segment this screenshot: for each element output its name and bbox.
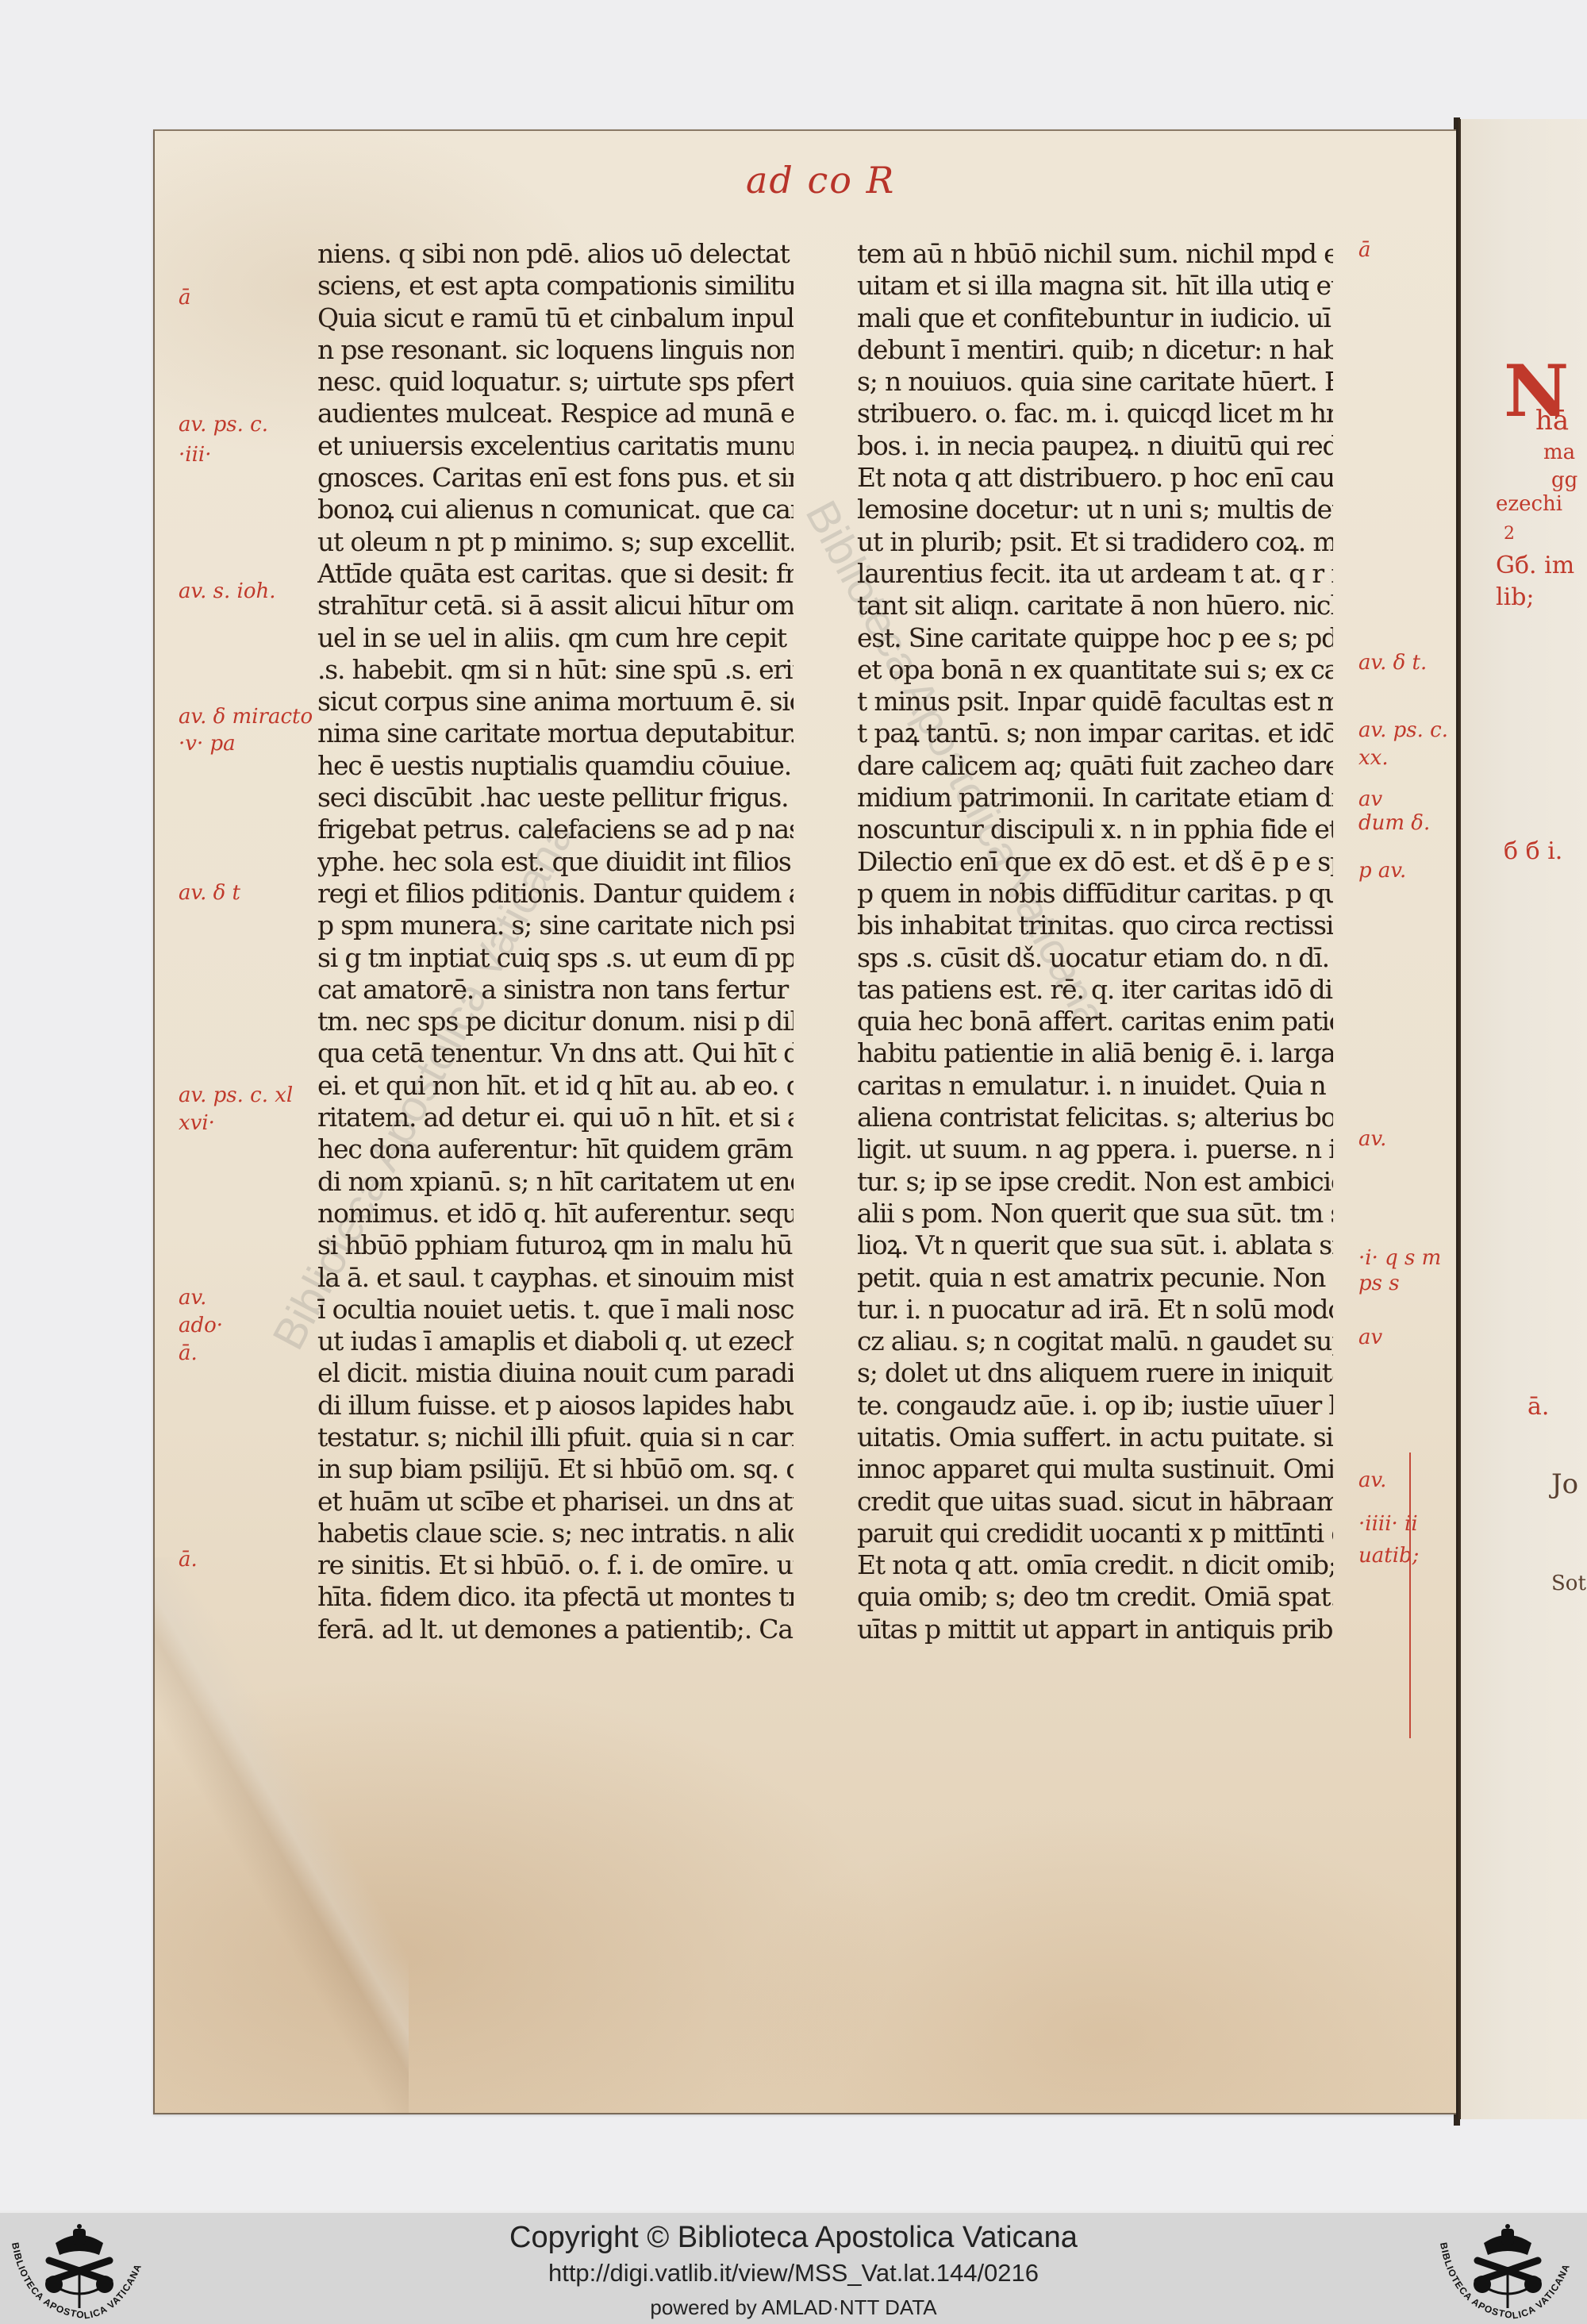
margin-note: ā — [1358, 238, 1371, 262]
copyright-text: Copyright © Biblioteca Apostolica Vatica… — [0, 2221, 1587, 2255]
image-viewport: N hā ma gg ezechi 2 Gб. im lib; б б i. ā… — [0, 0, 1587, 2210]
margin-note: av — [1358, 787, 1382, 811]
text-line: tur. s; ip se ipse credit. Non est ambic… — [857, 1166, 1333, 1198]
vatican-library-logo-left: BIBLIOTECA APOSTOLICA VATICANA — [0, 2219, 159, 2322]
text-line: strahītur cetā. si ā assit alicui hītur … — [317, 590, 793, 621]
margin-note: av. — [179, 1286, 206, 1310]
text-line: paruit qui credidit uocanti x p mittīnti… — [857, 1518, 1333, 1549]
text-line: ut in plurib; psit. Et si tradidero coꝝ.… — [857, 526, 1333, 558]
text-line: uītas p mittit ut appart in antiquis pri… — [857, 1614, 1333, 1645]
margin-note: xx. — [1358, 746, 1389, 770]
text-line: caritas n emulatur. i. n inuidet. Quia n… — [857, 1070, 1333, 1102]
text-line: Dilectio enī que ex dō est. et dš ē p e … — [857, 846, 1333, 878]
text-line: stribuero. o. fac. m. i. quicqd licet m … — [857, 398, 1333, 429]
margin-note: av — [1358, 1326, 1382, 1349]
margin-note: av. δ t. — [1358, 651, 1427, 675]
margin-note: av. ps. c. — [1358, 718, 1448, 742]
text-line: bonoꝝ cui alienus n comunicat. que carit… — [317, 494, 793, 525]
text-line: cat amatorē. a sinistra non tans fertur … — [317, 974, 793, 1006]
text-line: nesc. quid loquatur. s; uirtute sps pfer… — [317, 366, 793, 398]
text-line: hīta. fidem dico. ita pfectā ut montes t… — [317, 1581, 793, 1613]
text-line: est. Sine caritate quippe hoc p ee s; pd… — [857, 622, 1333, 654]
text-line: Et nota q att. omīa credit. n dicit omib… — [857, 1549, 1333, 1581]
next-leaf-text: Sot — [1551, 1572, 1586, 1595]
text-line: testatur. s; nichil illi pfuit. quia si … — [317, 1422, 793, 1453]
text-line: tm. nec sps pe dicitur donum. nisi p dil… — [317, 1006, 793, 1037]
next-leaf-text: gg — [1551, 468, 1577, 492]
text-line: .s. habebit. qm si n hūt: sine spū .s. e… — [317, 654, 793, 686]
text-line: si g tm inptiat cuiq sps .s. ut eum dī p… — [317, 942, 793, 974]
text-line: Et nota q att distribuero. p hoc enī cau… — [857, 462, 1333, 494]
text-line: et opa bonā n ex quantitate sui s; ex ca… — [857, 654, 1333, 686]
text-line: habetis claue scie. s; nec intratis. n a… — [317, 1518, 793, 1549]
text-line: ut oleum n pt p minimo. s; sup excellit. — [317, 526, 793, 558]
text-column-left: niens. q sibi non pdē. alios uō delectat… — [317, 238, 793, 1645]
margin-note: p av. — [1358, 859, 1406, 883]
text-line: s; dolet ut dns aliquem ruere in iniquit… — [857, 1357, 1333, 1389]
margin-note: ·v· pa — [179, 732, 236, 756]
text-line: sps .s. cūsit dš. uocatur etiam do. n dī… — [857, 942, 1333, 974]
text-column-right: tem aū n hbūō nichil sum. nichil mpd est… — [857, 238, 1333, 1645]
next-leaf-text: б б i. — [1504, 837, 1562, 865]
text-line: bis inhabitat trinitas. quo circa rectis… — [857, 910, 1333, 941]
text-line: si hbūō pphiam futuroꝝ qm in malu hūert.… — [317, 1229, 793, 1261]
text-line: tem aū n hbūō nichil sum. nichil mpd est… — [857, 238, 1333, 270]
text-line: noscuntur discipuli x. n in pphia fide e… — [857, 814, 1333, 845]
next-leaf-text: Jo — [1551, 1468, 1578, 1500]
text-line: uitatis. Omia suffert. in actu puitate. … — [857, 1422, 1333, 1453]
text-line: et uniuersis excelentius caritatis munus… — [317, 430, 793, 462]
margin-note: av. — [1358, 1468, 1386, 1492]
papal-keys-icon: BIBLIOTECA APOSTOLICA VATICANA — [0, 2219, 159, 2322]
next-leaf-text: ā. — [1527, 1393, 1549, 1421]
margin-note: ·i· q s m — [1358, 1246, 1441, 1270]
text-line: aliena contristat felicitas. s; alterius… — [857, 1102, 1333, 1133]
text-line: p quem in nobis diffūditur caritas. p qu… — [857, 878, 1333, 910]
papal-keys-icon: BIBLIOTECA APOSTOLICA VATICANA — [1428, 2219, 1587, 2322]
text-line: lioꝝ. Vt n querit que sua sūt. i. ablata… — [857, 1229, 1333, 1261]
text-line: ī ocultia nouiet uetis. t. que ī mali no… — [317, 1294, 793, 1326]
text-line: yphe. hec sola est. que diuidit int fili… — [317, 846, 793, 878]
text-line: ritatem. ad detur ei. qui uō n hīt. et s… — [317, 1102, 793, 1133]
text-line: di illum fuisse. et p aiosos lapides hab… — [317, 1390, 793, 1422]
text-line: laurentius fecit. ita ut ardeam t at. q … — [857, 558, 1333, 590]
text-line: ligit. ut suum. n ag ppera. i. puerse. n… — [857, 1133, 1333, 1165]
text-line: frigebat petrus. calefaciens se ad p nas… — [317, 814, 793, 845]
text-line: quia omib; s; deo tm credit. Omiā spat. … — [857, 1581, 1333, 1613]
text-line: nomimus. et idō q. hīt auferentur. sequi… — [317, 1198, 793, 1229]
margin-note: ps s — [1358, 1272, 1400, 1295]
text-line: el dicit. mistia diuina nouit cum paradi… — [317, 1357, 793, 1389]
text-line: ferā. ad lt. ut demones a patientib;. Ca… — [317, 1614, 793, 1645]
permalink-url[interactable]: http://digi.vatlib.it/view/MSS_Vat.lat.1… — [0, 2259, 1587, 2287]
text-line: ei. et qui non hīt. et id q hīt au. ab e… — [317, 1070, 793, 1102]
next-leaf-text: ezechi — [1496, 492, 1562, 516]
text-line: innoc apparet qui multa sustinuit. Omiā — [857, 1453, 1333, 1485]
margin-note: ā — [179, 286, 191, 310]
text-line: hec dona auferentur: hīt quidem grām pos… — [317, 1133, 793, 1165]
text-line: tur. i. n puocatur ad irā. Et n solū mod… — [857, 1294, 1333, 1326]
next-leaf-text: Gб. im — [1496, 552, 1574, 579]
text-line: niens. q sibi non pdē. alios uō delectat… — [317, 238, 793, 270]
margin-note: av. δ t — [179, 881, 240, 905]
text-line: dare calicem aq; quāti fuit zacheo dare … — [857, 750, 1333, 782]
next-leaf-text: hā — [1535, 405, 1569, 437]
next-leaf-text: 2 — [1504, 524, 1515, 544]
next-leaf-text: ma — [1543, 441, 1575, 464]
text-line: mali que et confitebuntur in iudicio. uī… — [857, 302, 1333, 334]
text-line: te. congaudz aūe. i. op ib; iustie uīuer… — [857, 1390, 1333, 1422]
text-line: s; n nouiuos. quia sine caritate hūert. … — [857, 366, 1333, 398]
text-line: nima sine caritate mortua deputabitur. — [317, 718, 793, 749]
text-line: et huām ut scībe et pharisei. un dns att… — [317, 1486, 793, 1518]
text-line: alii s pom. Non querit que sua sūt. tm s… — [857, 1198, 1333, 1229]
text-line: cz aliau. s; n cogitat malū. n gaudet su… — [857, 1326, 1333, 1357]
margin-note: av. ps. c. xl — [179, 1083, 293, 1107]
text-line: p spm munera. s; sine caritate nich psit… — [317, 910, 793, 941]
margin-note: ā. — [179, 1341, 198, 1365]
text-line: regi et filios pditionis. Dantur quidem … — [317, 878, 793, 910]
svg-text:BIBLIOTECA APOSTOLICA VATICANA: BIBLIOTECA APOSTOLICA VATICANA — [10, 2241, 144, 2321]
margin-note: ·iii· — [179, 443, 211, 467]
text-line: n pse resonant. sic loquens linguis non … — [317, 334, 793, 366]
powered-by-text: powered by AMLAD·NTT DATA — [0, 2295, 1587, 2320]
next-leaf-text: lib; — [1496, 583, 1535, 611]
text-line: debunt ī mentiri. quib; n dicetur: n hab… — [857, 334, 1333, 366]
red-ruling-line — [1409, 1452, 1411, 1738]
text-line: ut iudas ī amaplis et diaboli q. ut ezec… — [317, 1326, 793, 1357]
vatican-library-logo-right: BIBLIOTECA APOSTOLICA VATICANA — [1428, 2219, 1587, 2322]
margin-note: dum δ. — [1358, 811, 1430, 835]
text-line: habitu patientie in aliā benig ē. i. lar… — [857, 1037, 1333, 1069]
text-line: audientes mulceat. Respice ad munā eccle — [317, 398, 793, 429]
text-line: uitam et si illa magna sit. hīt illa uti… — [857, 270, 1333, 302]
text-line: petit. quia n est amatrix pecunie. Non i… — [857, 1262, 1333, 1294]
text-line: qua cetā tenentur. Vn dns att. Qui hīt d… — [317, 1037, 793, 1069]
text-line: di nom xpianū. s; n hīt caritatem ut end… — [317, 1166, 793, 1198]
text-line: Attīde quāta est caritas. que si desit: … — [317, 558, 793, 590]
text-line: la ā. et saul. t cayphas. et sinouim mis… — [317, 1262, 793, 1294]
svg-text:BIBLIOTECA APOSTOLICA VATICANA: BIBLIOTECA APOSTOLICA VATICANA — [1438, 2241, 1572, 2321]
margin-note: xvi· — [179, 1111, 215, 1135]
text-line: bos. i. in necia paupeꝝ. n diuitū qui re… — [857, 430, 1333, 462]
text-line: Quia sicut e ramū tū et cinbalum inpulsu… — [317, 302, 793, 334]
margin-note: av. ps. c. — [179, 413, 268, 437]
running-header: ad co R — [746, 159, 895, 202]
text-line: sciens, et est apta compationis similitu… — [317, 270, 793, 302]
text-line: uel in se uel in aliis. qm cum hre cepit… — [317, 622, 793, 654]
margin-note: av. — [1358, 1127, 1386, 1151]
text-line: t paꝝ tantū. s; non impar caritas. et id… — [857, 718, 1333, 749]
text-line: tant sit aliqn. caritate ā non hūero. ni… — [857, 590, 1333, 621]
text-line: seci discūbit .hac ueste pellitur frigus… — [317, 782, 793, 814]
margin-note: av. s. ioh. — [179, 579, 275, 603]
text-line: sicut corpus sine anima mortuum ē. sic a — [317, 686, 793, 718]
text-line: gnosces. Caritas enī est fons pus. et si… — [317, 462, 793, 494]
text-line: t minus psit. Inpar quidē facultas est m… — [857, 686, 1333, 718]
text-line: midium patrimonii. In caritate etiam di — [857, 782, 1333, 814]
text-line: lemosine docetur: ut n uni s; multis det… — [857, 494, 1333, 525]
text-line: quia hec bonā affert. caritas enim patie… — [857, 1006, 1333, 1037]
footer-bar: Copyright © Biblioteca Apostolica Vatica… — [0, 2213, 1587, 2324]
text-line: re sinitis. Et si hbūō. o. f. i. de omīr… — [317, 1549, 793, 1581]
margin-note: av. δ miracto — [179, 705, 313, 729]
text-line: in sup biam psilijū. Et si hbūō om. sq. … — [317, 1453, 793, 1485]
text-line: hec ē uestis nuptialis quamdiu cōuiue. — [317, 750, 793, 782]
margin-note: ā. — [179, 1548, 198, 1572]
text-line: credit que uitas suad. sicut in hābraam … — [857, 1486, 1333, 1518]
text-line: tas patiens est. rē. q. iter caritas idō… — [857, 974, 1333, 1006]
margin-note: ado· — [179, 1314, 223, 1337]
